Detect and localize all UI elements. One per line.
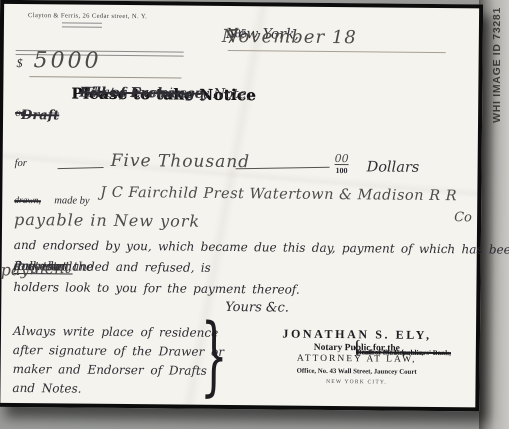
printer-credit-rule	[62, 22, 102, 27]
dollars-word: Dollars	[367, 159, 420, 176]
body-line-2-post: and that the	[14, 259, 94, 274]
cents-handwriting: 00	[335, 153, 349, 164]
handwritten-dash-stroke	[58, 167, 104, 169]
handwritten-dash-stroke	[236, 167, 330, 170]
cents-fraction: 00 100	[335, 153, 349, 175]
dateline-year-digit-handwriting: 7	[226, 26, 238, 48]
footnote-instructions: Always write place of residence after si…	[12, 322, 224, 400]
struck-draft: Draft	[21, 108, 59, 123]
bank-name: Bank of the Republic,	[357, 348, 424, 358]
fraction-base-printed: 100	[335, 164, 349, 175]
struck-drawn-label: drawn,	[14, 196, 41, 206]
maker-name-handwriting: J C Fairchild Prest Watertown & Madison …	[100, 185, 457, 204]
footnote-line-1: Always write place of residence	[13, 322, 224, 343]
city-label: NEW YORK CITY.	[243, 378, 471, 386]
dateline-rule	[228, 50, 446, 53]
office-address: Office, No. 43 Wall Street, Jauncey Cour…	[243, 367, 471, 376]
scan-background: WHI IMAGE ID 73281 Clayton & Ferris, 26 …	[0, 0, 509, 429]
body-line-1: and endorsed by you, which became due th…	[14, 238, 469, 256]
printer-credit: Clayton & Ferris, 26 Cedar street, N. Y.	[28, 12, 147, 20]
amount-figures-handwriting: 5000	[33, 48, 101, 74]
protest-notice-document: Clayton & Ferris, 26 Cedar street, N. Y.…	[0, 0, 483, 411]
yours-etc: Yours &c.	[225, 300, 289, 316]
notary-block: JONATHAN S. ELY, Notary Public for the {…	[243, 326, 472, 386]
payable-line-handwriting: payable in New york	[14, 210, 200, 231]
made-by-label: made by	[54, 195, 89, 206]
for-label: for	[15, 158, 27, 169]
footnote-line-2: after signature of the Drawer or	[13, 341, 224, 362]
written-amount-handwriting: Five Thousand	[111, 151, 251, 172]
archive-id-strip: WHI IMAGE ID 73281	[479, 0, 509, 429]
maker-flourish-handwriting: Co	[454, 210, 472, 225]
footnote-brace: }	[200, 316, 228, 396]
footnote-line-3: maker and Endorser of Drafts	[13, 360, 224, 381]
struck-bill-of-exchange: Bill of Exchange	[79, 85, 203, 102]
footnote-line-4: and Notes.	[12, 379, 223, 400]
notary-bank-row: Notary Public for the { Leather Manufact…	[243, 347, 471, 349]
archive-id-label: WHI IMAGE ID 73281	[491, 7, 503, 123]
body-line-2: duly demanded and refused, is Protested …	[14, 259, 469, 263]
dollar-sign: $	[17, 56, 23, 71]
body-line-3: holders look to you for the payment ther…	[13, 280, 468, 298]
amount-figures-rule	[29, 76, 181, 78]
